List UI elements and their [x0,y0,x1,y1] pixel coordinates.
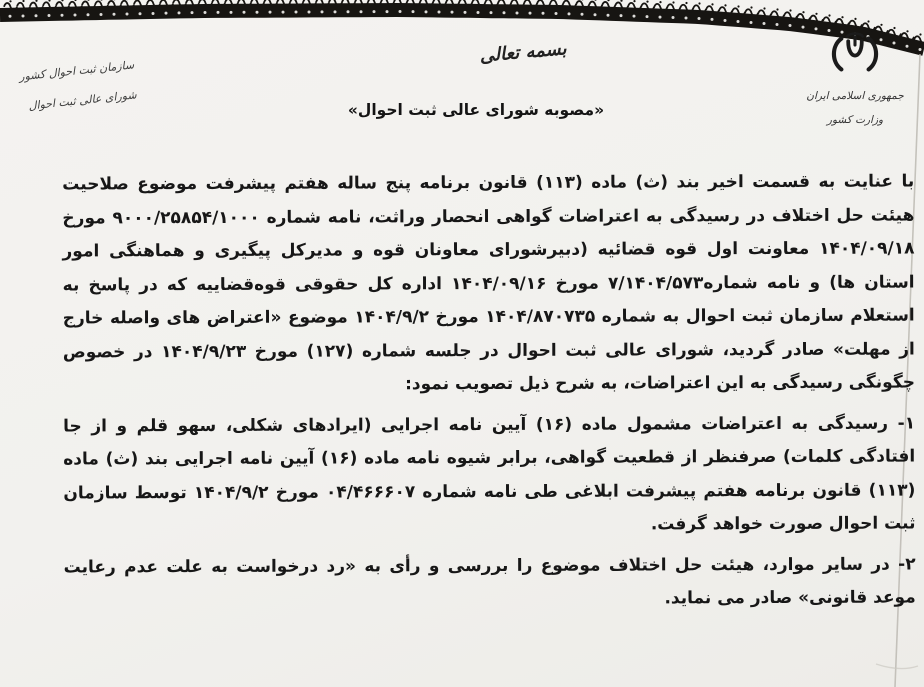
resolution-item-2: ۲- در سایر موارد، هیئت حل اختلاف موضوع ر… [64,548,916,618]
document-title: «مصوبه شورای عالی ثبت احوال» [14,101,924,119]
scanned-document-page: سازمان ثبت احوال کشور شورای عالی ثبت احو… [0,0,924,687]
preamble-paragraph: با عنایت به قسمت اخیر بند (ث) ماده (۱۱۳)… [62,166,915,403]
resolution-item-1: ۱- رسیدگی به اعتراضات مشمول ماده (۱۶) آی… [63,407,915,544]
iran-emblem-icon [826,30,884,78]
resolution-body: با عنایت به قسمت اخیر بند (ث) ماده (۱۱۳)… [62,166,916,618]
